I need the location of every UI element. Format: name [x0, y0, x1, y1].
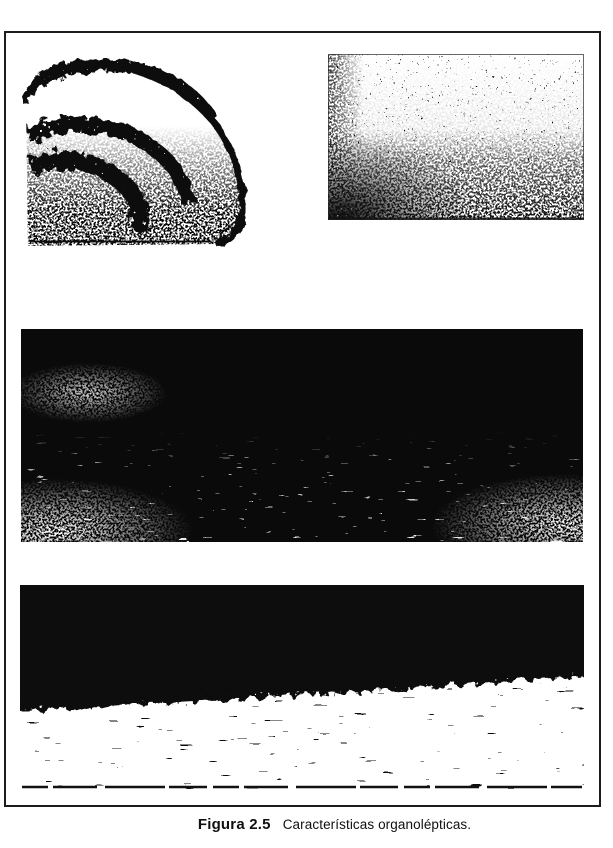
panel-granular-texture: [328, 54, 584, 220]
scanned-document-page: Figura 2.5Características organolépticas…: [0, 0, 613, 848]
granular-texture-halftone-image: [328, 54, 584, 220]
dark-surface-halftone-image: [21, 329, 583, 542]
figure-caption-label: Figura 2.5: [198, 816, 271, 833]
panel-edge-cross-section: [20, 585, 584, 790]
product-block-halftone-image: [20, 58, 255, 252]
figure-caption-text: Características organolépticas.: [283, 817, 471, 832]
noise-texture-left-edge: [328, 54, 584, 220]
figure-caption: Figura 2.5Características organolépticas…: [28, 816, 613, 834]
panel-product-block: [20, 58, 255, 252]
panel-dark-compact-surface: [21, 329, 583, 542]
white-fleck-left-middle: [21, 329, 583, 542]
cross-section-halftone-image: [20, 585, 584, 790]
